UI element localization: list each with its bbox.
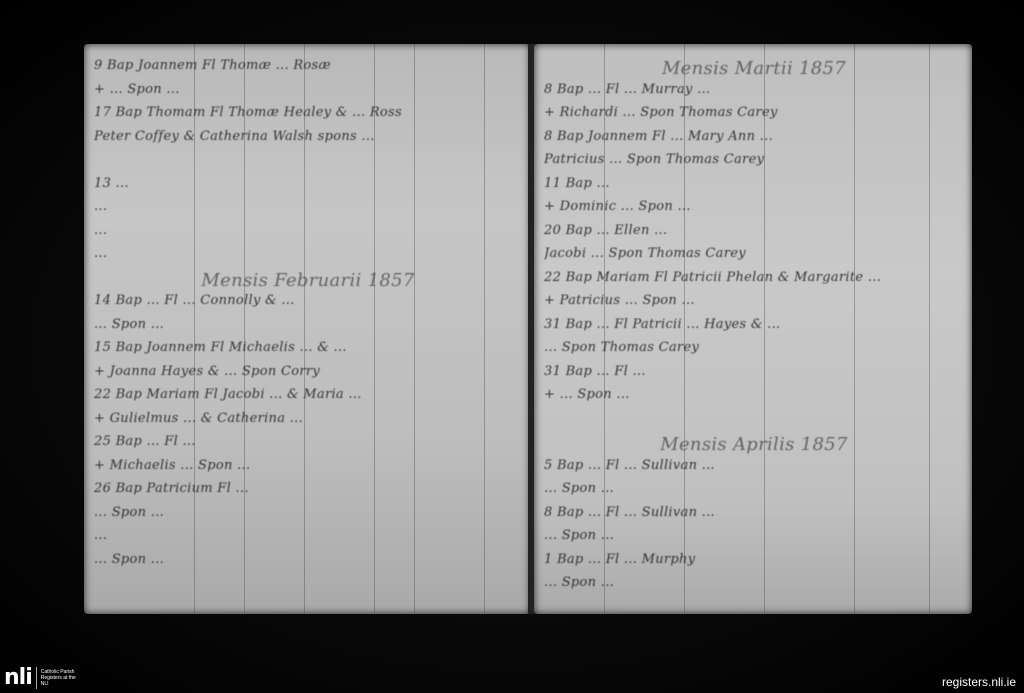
entry-line: 11 Bap ... bbox=[544, 176, 964, 200]
left-page: 9 Bap Joannem Fl Thomæ ... Rosæ + ... Sp… bbox=[84, 44, 530, 614]
entry-line: + Gulielmus ... & Catherina ... bbox=[94, 411, 522, 435]
entry-line: + Dominic ... Spon ... bbox=[544, 199, 964, 223]
entry-line: + ... Spon ... bbox=[94, 82, 522, 106]
entry-line: ... bbox=[94, 246, 522, 270]
site-url: registers.nli.ie bbox=[942, 675, 1016, 689]
entry-line: ... Spon ... bbox=[544, 575, 964, 599]
entry-line: ... Spon ... bbox=[544, 528, 964, 552]
entry-line: Jacobi ... Spon Thomas Carey bbox=[544, 246, 964, 270]
entry-line bbox=[544, 411, 964, 435]
nli-logo-mark: nli bbox=[4, 667, 32, 689]
entry-line bbox=[94, 152, 522, 176]
right-page-entries: Mensis Martii 1857 8 Bap ... Fl ... Murr… bbox=[544, 58, 964, 599]
logo-divider bbox=[36, 667, 37, 689]
entry-line: + Richardi ... Spon Thomas Carey bbox=[544, 105, 964, 129]
right-page: Mensis Martii 1857 8 Bap ... Fl ... Murr… bbox=[534, 44, 972, 614]
entry-line: ... Spon ... bbox=[544, 481, 964, 505]
entry-line: 15 Bap Joannem Fl Michaelis ... & ... bbox=[94, 340, 522, 364]
entry-line: 25 Bap ... Fl ... bbox=[94, 434, 522, 458]
month-heading: Mensis Februarii 1857 bbox=[94, 270, 522, 294]
entry-line: + Michaelis ... Spon ... bbox=[94, 458, 522, 482]
entry-line: 14 Bap ... Fl ... Connolly & ... bbox=[94, 293, 522, 317]
entry-line: ... Spon ... bbox=[94, 552, 522, 576]
month-heading: Mensis Aprilis 1857 bbox=[544, 434, 964, 458]
entry-line: 31 Bap ... Fl Patricii ... Hayes & ... bbox=[544, 317, 964, 341]
entry-line: 22 Bap Mariam Fl Patricii Phelan & Marga… bbox=[544, 270, 964, 294]
left-page-entries: 9 Bap Joannem Fl Thomæ ... Rosæ + ... Sp… bbox=[94, 58, 522, 575]
entry-line: 5 Bap ... Fl ... Sullivan ... bbox=[544, 458, 964, 482]
entry-line: 1 Bap ... Fl ... Murphy bbox=[544, 552, 964, 576]
entry-line: ... Spon ... bbox=[94, 317, 522, 341]
entry-line: 26 Bap Patricium Fl ... bbox=[94, 481, 522, 505]
entry-line: 13 ... bbox=[94, 176, 522, 200]
nli-logo: nli Catholic Parish Registers at the NLI bbox=[4, 667, 79, 689]
entry-line: 8 Bap Joannem Fl ... Mary Ann ... bbox=[544, 129, 964, 153]
entry-line: Peter Coffey & Catherina Walsh spons ... bbox=[94, 129, 522, 153]
entry-line: 31 Bap ... Fl ... bbox=[544, 364, 964, 388]
entry-line: + Joanna Hayes & ... Spon Corry bbox=[94, 364, 522, 388]
entry-line: 22 Bap Mariam Fl Jacobi ... & Maria ... bbox=[94, 387, 522, 411]
entry-line: + ... Spon ... bbox=[544, 387, 964, 411]
entry-line: ... Spon ... bbox=[94, 505, 522, 529]
register-scan: 9 Bap Joannem Fl Thomæ ... Rosæ + ... Sp… bbox=[0, 0, 1024, 693]
month-heading: Mensis Martii 1857 bbox=[544, 58, 964, 82]
entry-line: 17 Bap Thomam Fl Thomæ Healey & ... Ross bbox=[94, 105, 522, 129]
entry-line: ... bbox=[94, 528, 522, 552]
entry-line: Patricius ... Spon Thomas Carey bbox=[544, 152, 964, 176]
entry-line: 20 Bap ... Ellen ... bbox=[544, 223, 964, 247]
entry-line: 8 Bap ... Fl ... Sullivan ... bbox=[544, 505, 964, 529]
entry-line: ... bbox=[94, 199, 522, 223]
nli-logo-text: Catholic Parish Registers at the NLI bbox=[41, 669, 79, 687]
entry-line: 8 Bap ... Fl ... Murray ... bbox=[544, 82, 964, 106]
entry-line: ... bbox=[94, 223, 522, 247]
entry-line: + Patricius ... Spon ... bbox=[544, 293, 964, 317]
entry-line: 9 Bap Joannem Fl Thomæ ... Rosæ bbox=[94, 58, 522, 82]
entry-line: ... Spon Thomas Carey bbox=[544, 340, 964, 364]
